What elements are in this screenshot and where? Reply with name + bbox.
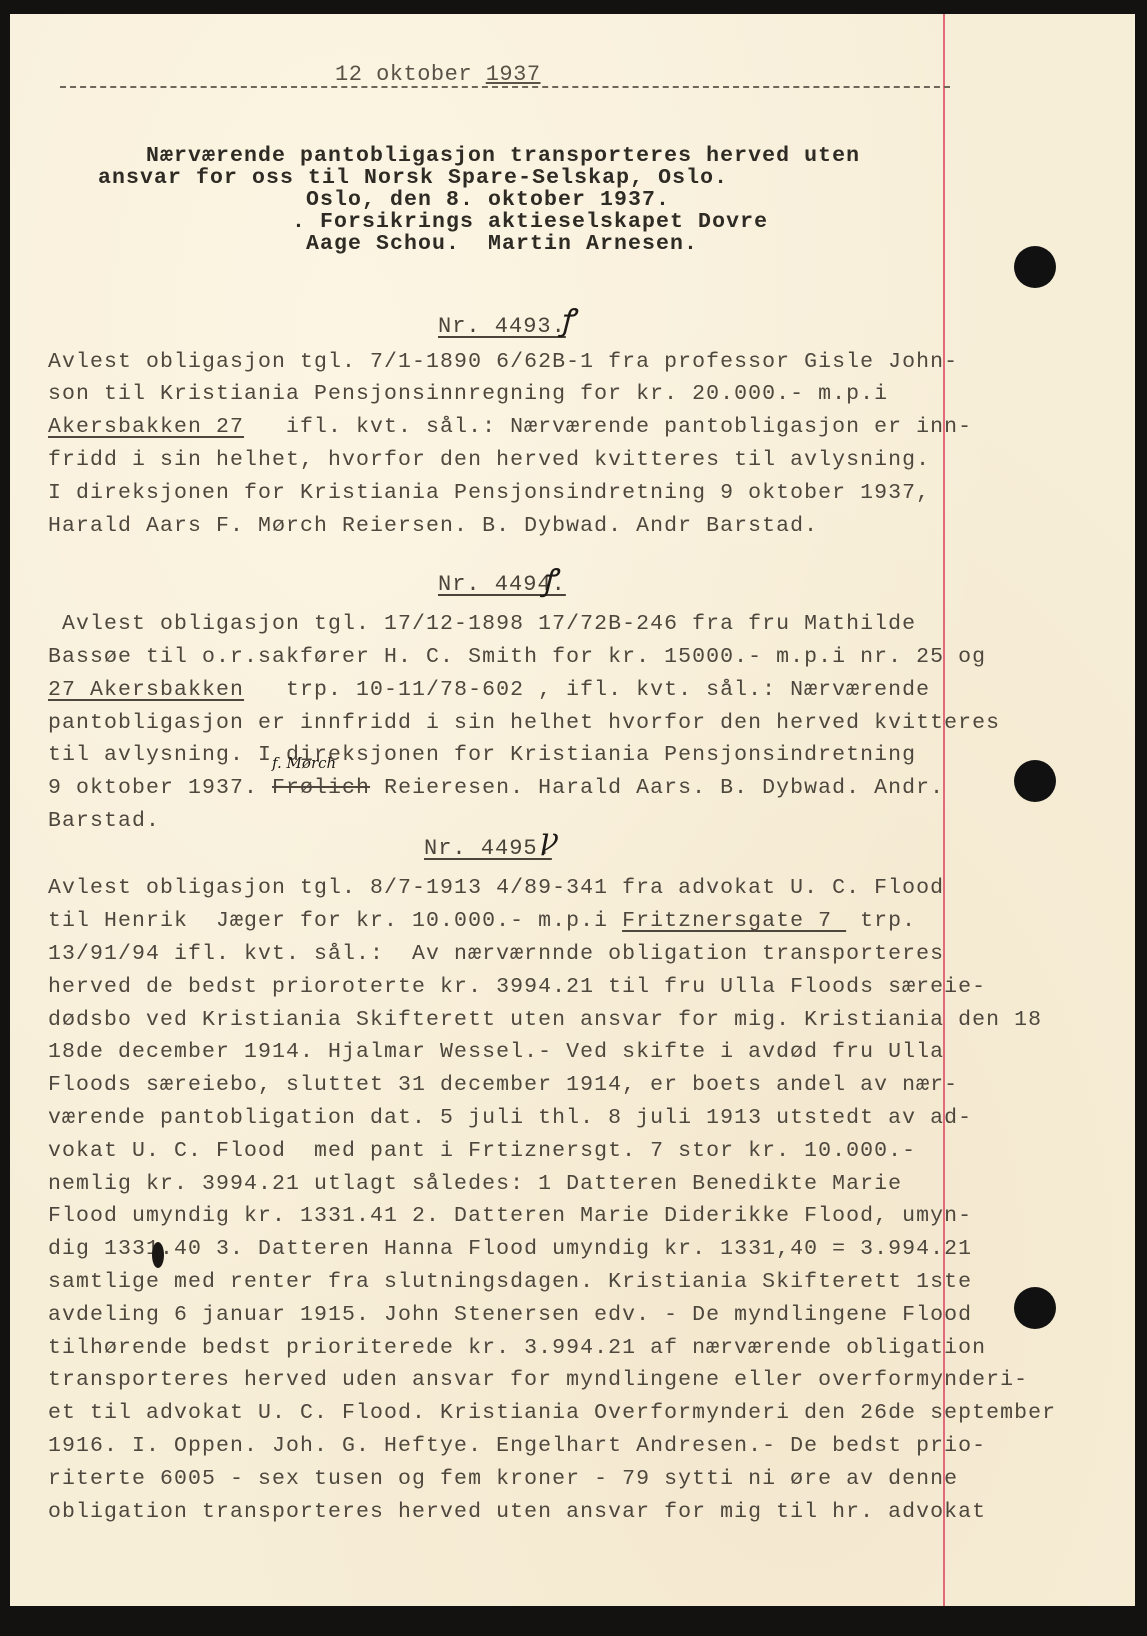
entry-text: 9 oktober 1937. (48, 776, 272, 800)
entry-text-line: 27 Akersbakken trp. 10-11/78-602 , ifl. … (48, 678, 930, 702)
handwritten-correction: f. Mørch (272, 754, 336, 772)
handwritten-mark: ꝭ (560, 298, 574, 339)
handwritten-mark: ꝩ (540, 822, 558, 857)
entry-text-line: Avlest obligasjon tgl. 7/1-1890 6/62B-1 … (48, 350, 958, 374)
transfer-note-line: Nærværende pantobligasjon transporteres … (146, 144, 860, 168)
entry-text-line: herved de bedst prioroterte kr. 3994.21 … (48, 975, 986, 999)
binder-hole-icon (1014, 246, 1056, 288)
entry-text-line: tilhørende bedst prioriterede kr. 3.994.… (48, 1336, 986, 1360)
header-date-text: 12 oktober (335, 62, 486, 87)
header-rule (60, 86, 950, 88)
entry-text: ifl. kvt. sål.: Nærværende pantobligasjo… (244, 415, 972, 439)
binder-hole-icon (1014, 760, 1056, 802)
entry-text-line: dødsbo ved Kristiania Skifterett uten an… (48, 1008, 1042, 1032)
entry-text-line: fridd i sin helhet, hvorfor den herved k… (48, 448, 930, 472)
entry-text-line: pantobligasjon er innfridd i sin helhet … (48, 711, 1000, 735)
entry-text-line: riterte 6005 - sex tusen og fem kroner -… (48, 1467, 958, 1491)
entry-text-line: avdeling 6 januar 1915. John Stenersen e… (48, 1303, 972, 1327)
entry-text-line: 1916. I. Oppen. Joh. G. Heftye. Engelhar… (48, 1434, 986, 1458)
entry-text-line: Avlest obligasjon tgl. 8/7-1913 4/89-341… (48, 876, 944, 900)
page-date-header: 12 oktober 1937 (335, 62, 541, 87)
transfer-note-line: Aage Schou. Martin Arnesen. (306, 232, 698, 256)
entry-text-line: I direksjonen for Kristiania Pensjonsind… (48, 481, 930, 505)
entry-text-line: vokat U. C. Flood med pant i Frtiznersgt… (48, 1139, 916, 1163)
transfer-note-line: . Forsikrings aktieselskapet Dovre (292, 210, 768, 234)
entry-text-line: Harald Aars F. Mørch Reiersen. B. Dybwad… (48, 514, 818, 538)
entry-text-line: Akersbakken 27 ifl. kvt. sål.: Nærværend… (48, 415, 972, 439)
transfer-note-line: Oslo, den 8. oktober 1937. (306, 188, 670, 212)
header-year: 1937 (486, 62, 541, 87)
entry-text-line: Barstad. (48, 809, 160, 833)
entry-text: trp. 10-11/78-602 , ifl. kvt. sål.: Nærv… (244, 678, 930, 702)
property-address: 27 Akersbakken (48, 678, 244, 702)
document-page: 12 oktober 1937 Nærværende pantobligasjo… (10, 14, 1135, 1606)
entry-text: Reieresen. Harald Aars. B. Dybwad. Andr. (370, 776, 944, 800)
property-address: Fritznersgate 7 (622, 909, 846, 933)
entry-text-line: til Henrik Jæger for kr. 10.000.- m.p.i … (48, 909, 916, 933)
entry-number: Nr. 4495. (424, 836, 552, 861)
entry-text-line: 9 oktober 1937. Frølich Reieresen. Haral… (48, 776, 944, 800)
entry-text-line: til avlysning. I direksjonen for Kristia… (48, 743, 916, 767)
property-address: Akersbakken 27 (48, 415, 244, 439)
entry-text-line: transporteres herved uden ansvar for myn… (48, 1368, 1028, 1392)
entry-text-line: Bassøe til o.r.sakfører H. C. Smith for … (48, 645, 986, 669)
entry-text-line: samtlige med renter fra slutningsdagen. … (48, 1270, 972, 1294)
entry-text: til Henrik Jæger for kr. 10.000.- m.p.i (48, 909, 622, 933)
entry-text-line: dig 1331.40 3. Datteren Hanna Flood umyn… (48, 1237, 972, 1261)
entry-text-line: son til Kristiania Pensjonsinnregning fo… (48, 382, 888, 406)
entry-text-line: Flood umyndig kr. 1331.41 2. Datteren Ma… (48, 1204, 972, 1228)
transfer-note-line: ansvar for oss til Norsk Spare-Selskap, … (98, 166, 728, 190)
struck-name: Frølich (272, 776, 370, 800)
entry-text-line: obligation transporteres herved uten ans… (48, 1500, 986, 1524)
handwritten-mark: ꝭ (542, 558, 556, 599)
binder-hole-icon (1014, 1287, 1056, 1329)
entry-text-line: Avlest obligasjon tgl. 17/12-1898 17/72B… (48, 612, 916, 636)
entry-text-line: værende pantobligation dat. 5 juli thl. … (48, 1106, 972, 1130)
entry-text-line: nemlig kr. 3994.21 utlagt således: 1 Dat… (48, 1172, 902, 1196)
entry-text-line: et til advokat U. C. Flood. Kristiania O… (48, 1401, 1056, 1425)
entry-text-line: Floods særeiebo, sluttet 31 december 191… (48, 1073, 958, 1097)
entry-text: trp. (846, 909, 916, 933)
entry-number: Nr. 4493. (438, 314, 566, 339)
ink-blot (152, 1242, 164, 1268)
entry-text-line: 18de december 1914. Hjalmar Wessel.- Ved… (48, 1040, 944, 1064)
entry-text-line: 13/91/94 ifl. kvt. sål.: Av nærværnnde o… (48, 942, 944, 966)
